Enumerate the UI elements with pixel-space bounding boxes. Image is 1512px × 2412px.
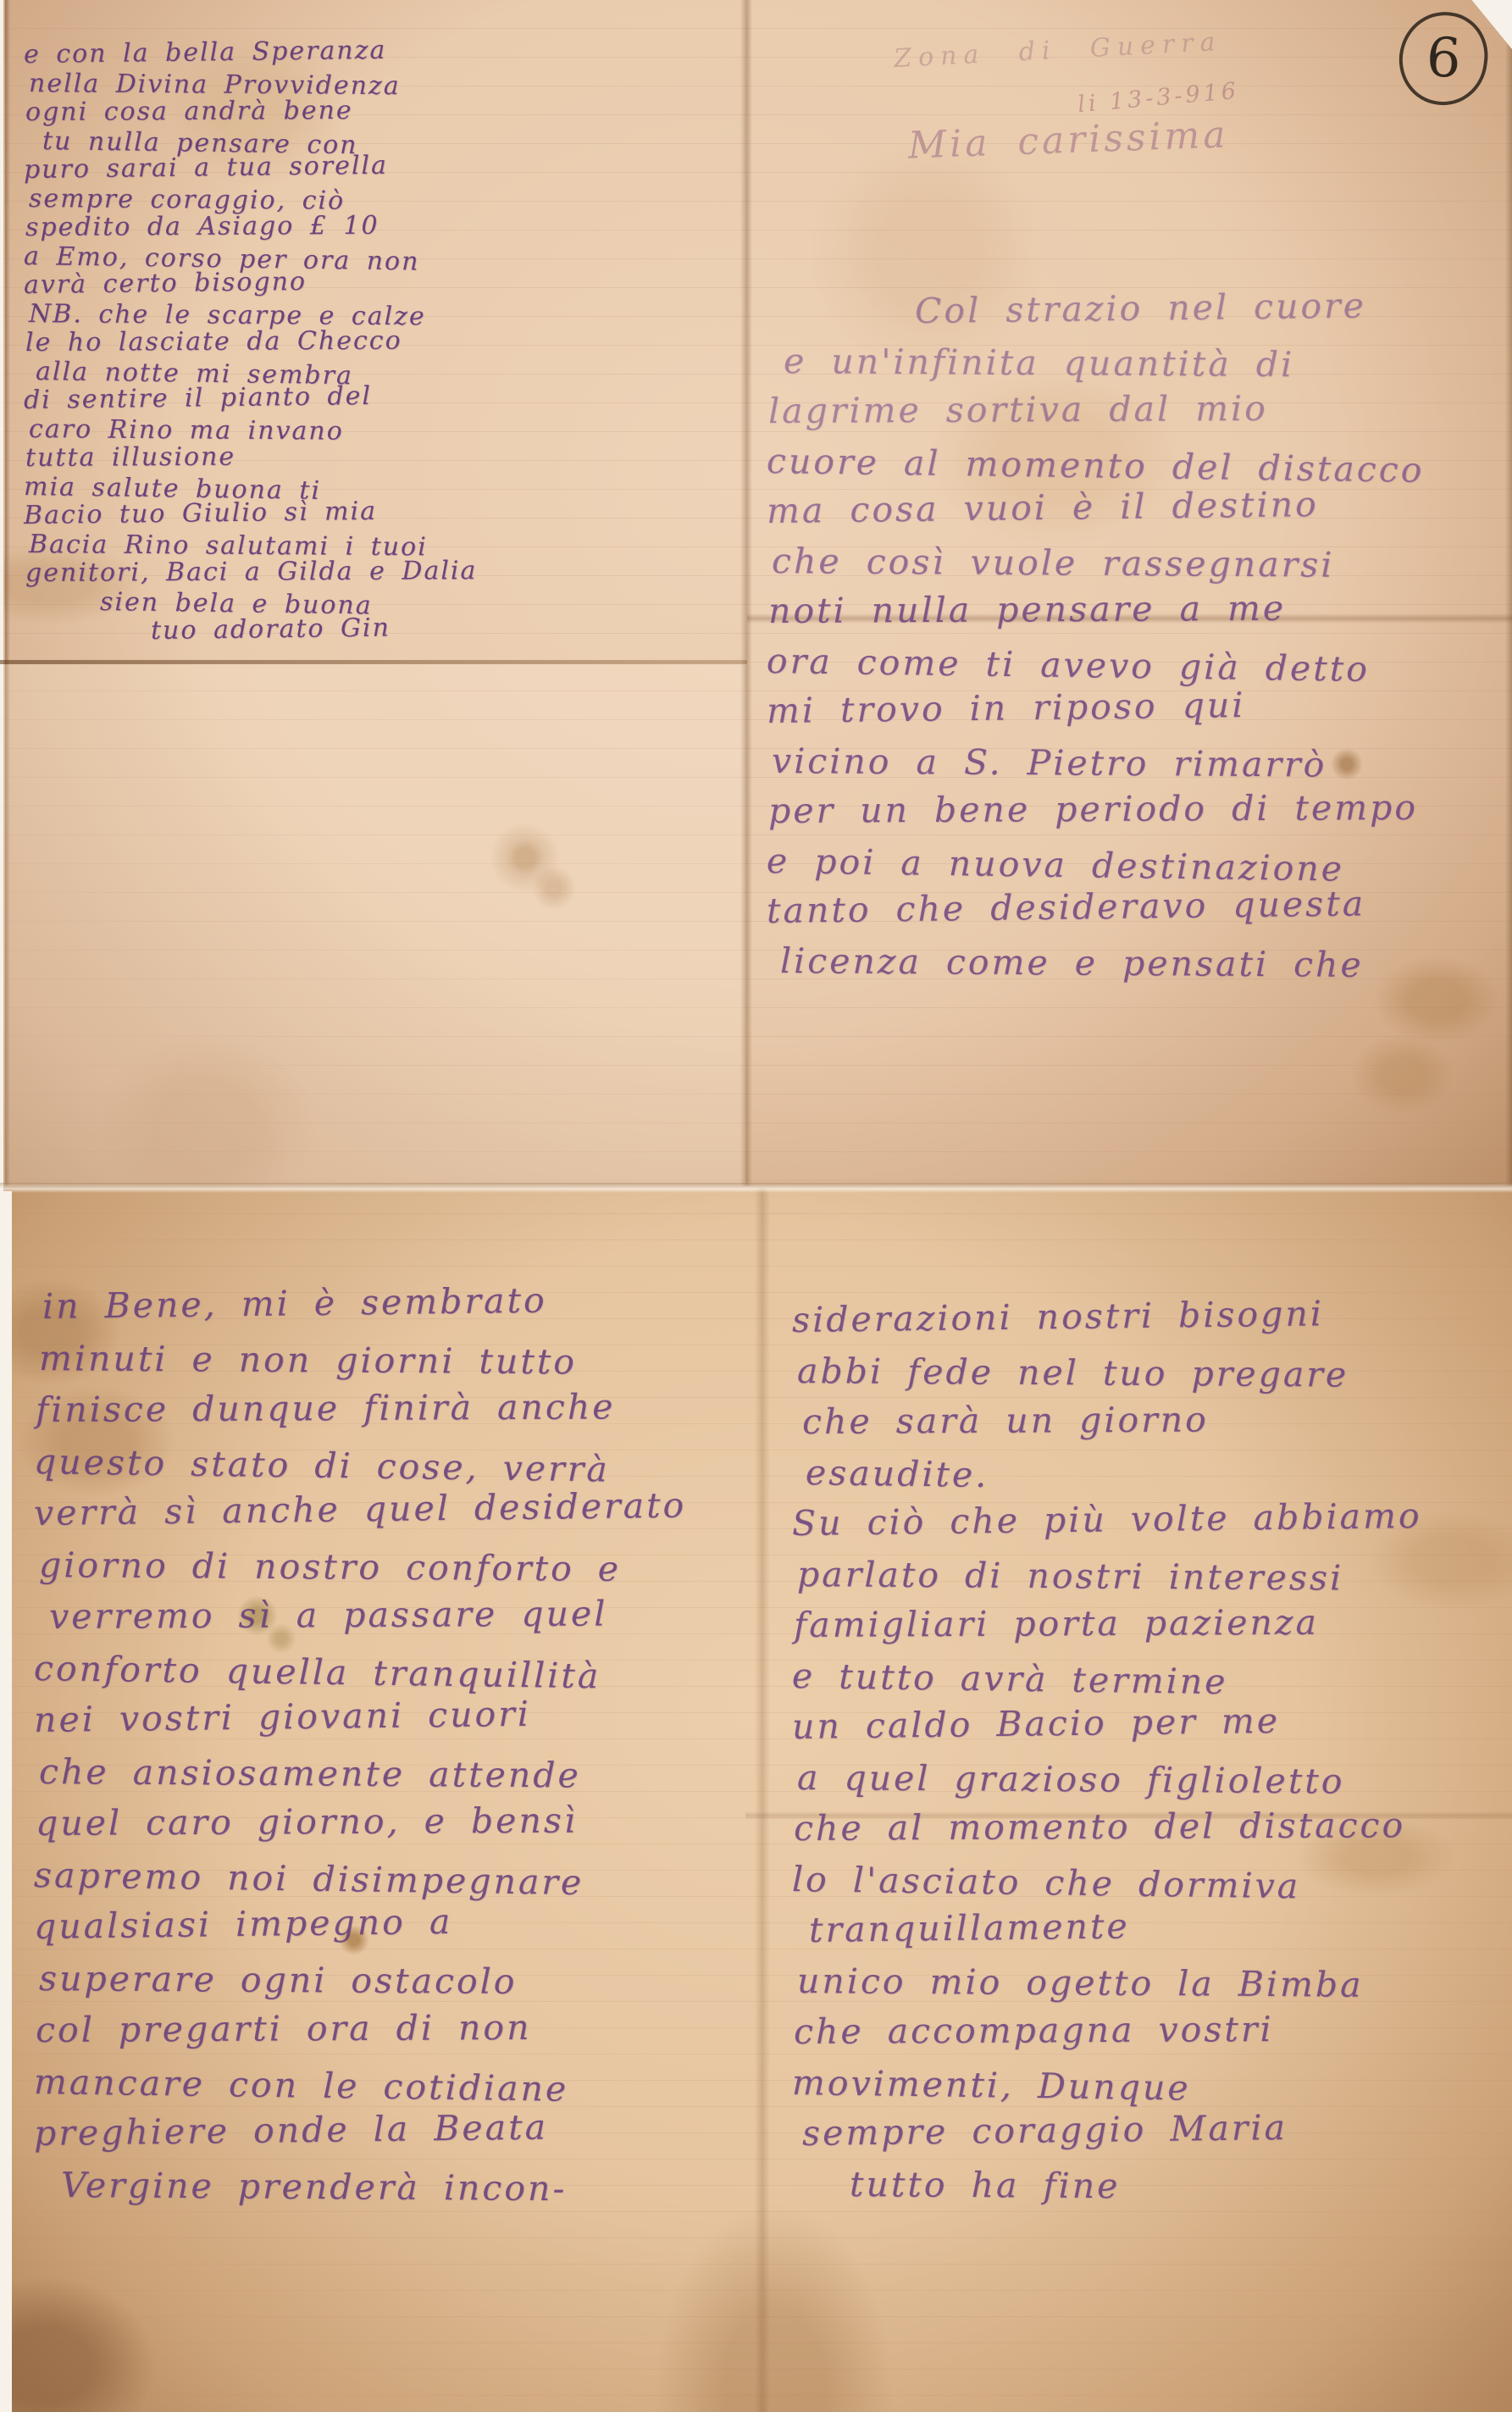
handwritten-line: noti nulla pensare a me	[768, 582, 1505, 636]
handwritten-line: qualsiasi impegno a	[34, 1892, 763, 1953]
letter-scan: 6 e con la bella Speranza nella Divina P…	[0, 0, 1512, 2412]
handwritten-line: tanto che desideravo questa	[767, 877, 1504, 936]
page-bottom-right: siderazioni nostri bisogni abbi fede nel…	[792, 1295, 1508, 2210]
handwritten-line: che accompagna vostri	[794, 2003, 1509, 2057]
handwritten-line: verrà sì anche quel desiderato	[34, 1478, 763, 1539]
blank-paper-area	[2, 664, 745, 1186]
handwritten-line: che sarà un giorno	[802, 1393, 1509, 1447]
handwritten-line: tutto ha fine	[850, 2159, 1512, 2214]
handwritten-line: tutta illusione	[25, 441, 745, 473]
sheet-right-edge	[1505, 0, 1512, 1186]
signature-line: tuo adorato Gin	[151, 609, 744, 646]
page-number: 6	[1425, 30, 1462, 86]
handwritten-line: licenza come e pensati che	[780, 936, 1509, 991]
handwritten-line: preghiere onde la Beata	[34, 2099, 763, 2160]
handwritten-line: col pregarti ora di non	[36, 2000, 764, 2056]
handwritten-line: mi trovo in riposo qui	[767, 677, 1504, 736]
handwritten-line: genitori, Baci a Gilda e Dalia	[25, 556, 745, 588]
handwritten-line: famigliari porta pazienza	[794, 1596, 1509, 1650]
handwritten-line: in Bene, mi è sembrato	[42, 1273, 763, 1333]
handwritten-line: sempre coraggio Maria	[802, 2099, 1509, 2159]
sheet-boundary	[0, 1183, 1512, 1193]
handwritten-line: nei vostri giovani cuori	[34, 1685, 763, 1746]
handwritten-line: che al momento del distacco	[794, 1799, 1509, 1854]
handwritten-line: Col strazio nel cuore	[915, 280, 1504, 336]
handwritten-line: quel caro giorno, e bensì	[36, 1794, 764, 1849]
handwritten-line: un caldo Bacio per me	[792, 1693, 1509, 1752]
page-bottom-left: in Bene, mi è sembrato minuti e non gior…	[34, 1281, 762, 2211]
handwritten-line: spedito da Asiago £ 10	[25, 210, 745, 242]
handwritten-line: Vergine prenderà incon-	[61, 2160, 767, 2216]
handwritten-line: tranquillamente	[809, 1896, 1509, 1955]
handwritten-line: finisce dunque finirà anche	[36, 1380, 764, 1436]
handwritten-line: per un bene periodo di tempo	[768, 782, 1505, 836]
left-leaf-bottom-edge	[0, 660, 747, 664]
handwritten-line: ma cosa vuoi è il destino	[767, 477, 1504, 536]
page-top-left: e con la bella Speranza nella Divina Pro…	[24, 41, 744, 646]
handwritten-line: verremo sì a passare quel	[49, 1588, 764, 1643]
handwritten-line: ogni cosa andrà bene	[25, 95, 745, 127]
handwritten-line: Su ciò che più volte abbiamo	[792, 1489, 1509, 1549]
page-top-right: Col strazio nel cuore e un'infinita quan…	[767, 286, 1504, 986]
handwritten-line: le ho lasciate da Checco	[25, 325, 745, 358]
handwritten-line: siderazioni nostri bisogni	[792, 1286, 1509, 1345]
handwritten-line: lagrime sortiva dal mio	[768, 382, 1505, 436]
